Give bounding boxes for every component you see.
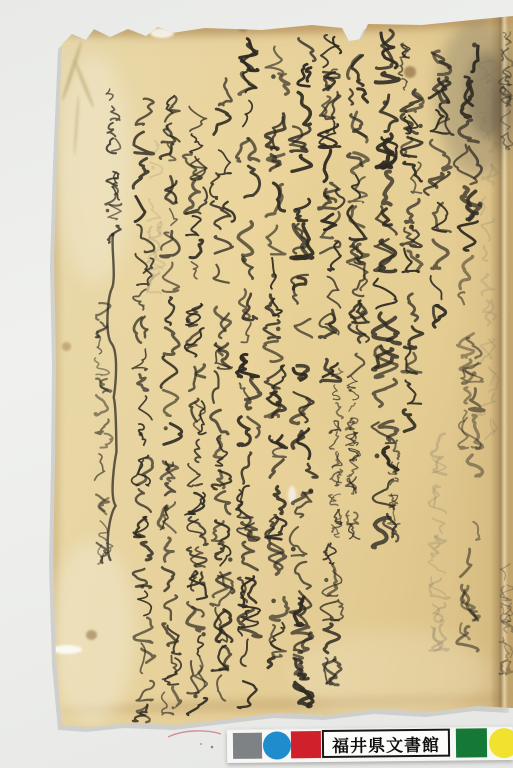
red-square-patch — [291, 731, 321, 758]
green-square-patch — [456, 728, 487, 757]
dust-speck — [211, 746, 214, 749]
color-calibration-bar: 福井県文書館 — [227, 726, 513, 763]
blue-circle-patch — [263, 731, 291, 759]
gray-square-patch — [233, 733, 262, 759]
photo-background: 福井県文書館 — [0, 0, 513, 768]
archive-label-text: 福井県文書館 — [332, 730, 440, 756]
red-pen-mark — [168, 731, 221, 737]
dust-speck — [200, 743, 202, 745]
yellow-circle-patch — [489, 728, 513, 758]
archive-label-box: 福井県文書館 — [322, 729, 450, 758]
background-marks — [0, 0, 513, 768]
